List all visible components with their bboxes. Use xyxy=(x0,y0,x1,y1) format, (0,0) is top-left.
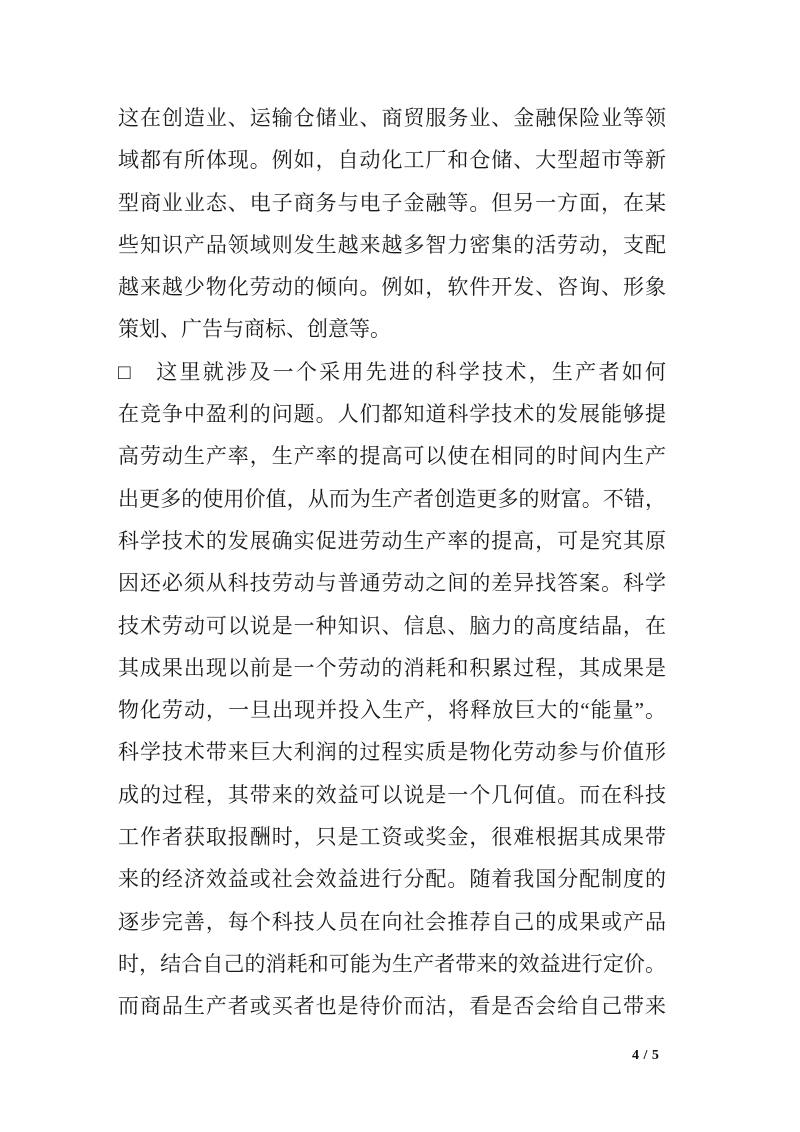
document-page: 这在创造业、运输仓储业、商贸服务业、金融保险业等领域都有所体现。例如，自动化工厂… xyxy=(0,0,800,1132)
text-line: 物化劳动，一旦出现并投入生产，将释放巨大的“能量”。 xyxy=(118,689,666,731)
text-line: 域都有所体现。例如，自动化工厂和仓储、大型超市等新 xyxy=(118,139,666,181)
text-block: 这在创造业、运输仓储业、商贸服务业、金融保险业等领域都有所体现。例如，自动化工厂… xyxy=(118,97,666,1028)
text-line: 在竞争中盈利的问题。人们都知道科学技术的发展能够提 xyxy=(118,393,666,435)
text-line: 其成果出现以前是一个劳动的消耗和积累过程，其成果是 xyxy=(118,647,666,689)
text-line: 些知识产品领域则发生越来越多智力密集的活劳动，支配 xyxy=(118,224,666,266)
text-line: 科学技术带来巨大利润的过程实质是物化劳动参与价值形 xyxy=(118,731,666,773)
text-line: 工作者获取报酬时，只是工资或奖金，很难根据其成果带 xyxy=(118,816,666,858)
text-line: 成的过程，其带来的效益可以说是一个几何值。而在科技 xyxy=(118,774,666,816)
text-line: 逐步完善，每个科技人员在向社会推荐自己的成果或产品 xyxy=(118,901,666,943)
text-line: □ 这里就涉及一个采用先进的科学技术，生产者如何 xyxy=(118,351,666,393)
text-line: 因还必须从科技劳动与普通劳动之间的差异找答案。科学 xyxy=(118,562,666,604)
text-line: 出更多的使用价值，从而为生产者创造更多的财富。不错， xyxy=(118,478,666,520)
text-line: 技术劳动可以说是一种知识、信息、脑力的高度结晶，在 xyxy=(118,605,666,647)
text-line: 这在创造业、运输仓储业、商贸服务业、金融保险业等领 xyxy=(118,97,666,139)
text-line: 科学技术的发展确实促进劳动生产率的提高，可是究其原 xyxy=(118,520,666,562)
text-line: 越来越少物化劳动的倾向。例如，软件开发、咨询、形象 xyxy=(118,266,666,308)
text-line: 而商品生产者或买者也是待价而沽，看是否会给自己带来 xyxy=(118,985,666,1027)
text-line: 型商业业态、电子商务与电子金融等。但另一方面，在某 xyxy=(118,182,666,224)
page-number-indicator: 4 / 5 xyxy=(632,1048,659,1064)
text-line: 时，结合自己的消耗和可能为生产者带来的效益进行定价。 xyxy=(118,943,666,985)
text-line: 来的经济效益或社会效益进行分配。随着我国分配制度的 xyxy=(118,858,666,900)
text-line: 高劳动生产率，生产率的提高可以使在相同的时间内生产 xyxy=(118,435,666,477)
text-line: 策划、广告与商标、创意等。 xyxy=(118,308,666,350)
